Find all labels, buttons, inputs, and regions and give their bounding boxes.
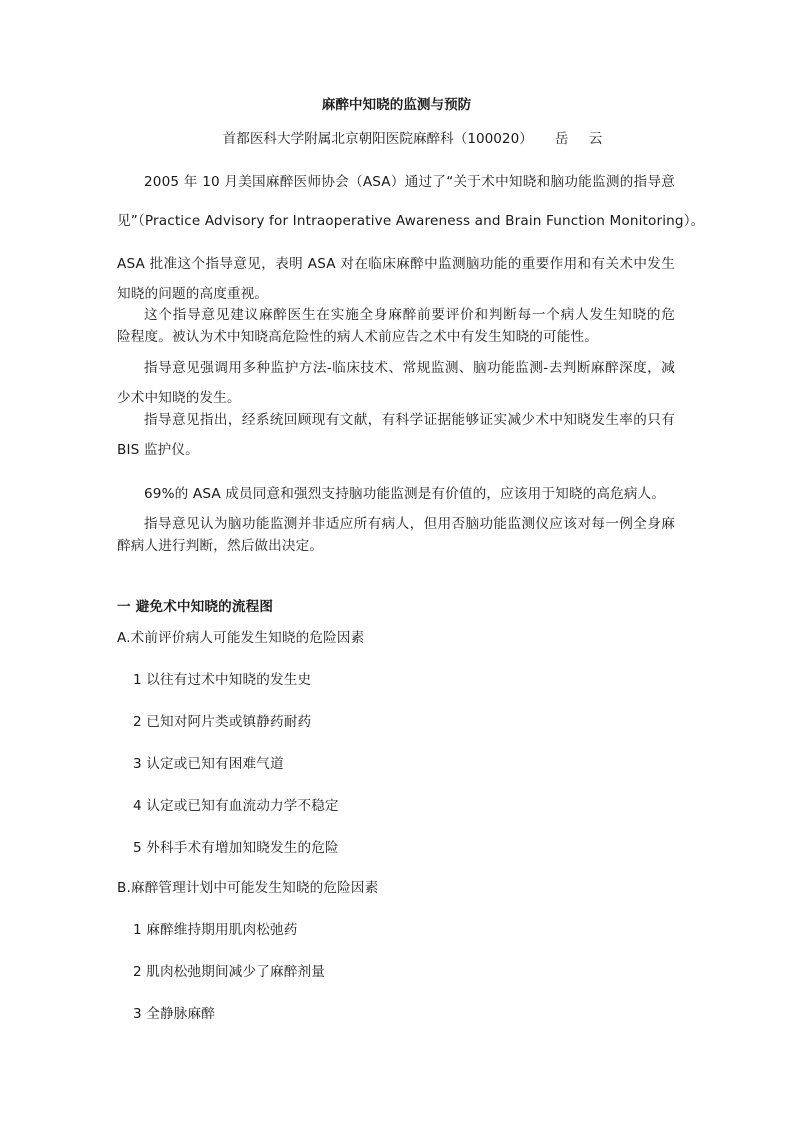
author: 岳 云 (555, 131, 611, 147)
paragraph-line: 少术中知晓的发生。 (117, 388, 675, 408)
list-item: 2 肌肉松弛期间减少了麻醉剂量 (133, 962, 691, 982)
list-item: 2 已知对阿片类或镇静药耐药 (133, 712, 691, 732)
list-item: 3 认定或已知有困难气道 (133, 754, 691, 774)
paragraph-line: 醉病人进行判断，然后做出决定。 (117, 536, 675, 556)
paragraph-line: 指导意见指出，经系统回顾现有文献，有科学证据能够证实减少术中知晓发生率的只有 (117, 410, 675, 430)
document-page: 麻醉中知晓的监测与预防 首都医科大学附属北京朝阳医院麻醉科（100020）岳 云… (0, 0, 793, 1122)
list-item: 3 全静脉麻醉 (133, 1004, 691, 1024)
paragraph-line: 险程度。被认为术中知晓高危险性的病人术前应告之术中有发生知晓的可能性。 (117, 327, 675, 347)
list-item: 1 以往有过术中知晓的发生史 (133, 670, 691, 690)
affiliation-line: 首都医科大学附属北京朝阳医院麻醉科（100020）岳 云 (0, 129, 793, 149)
paragraph-line: 见”（Practice Advisory for Intraoperative … (117, 211, 675, 231)
paragraph-line: BIS 监护仪。 (117, 440, 675, 460)
paragraph-line: 指导意见认为脑功能监测并非适应所有病人，但用否脑功能监测仪应该对每一例全身麻 (117, 514, 675, 534)
list-item: 1 麻醉维持期用肌肉松弛药 (133, 920, 691, 940)
list-item: 5 外科手术有增加知晓发生的危险 (133, 838, 691, 858)
document-title: 麻醉中知晓的监测与预防 (0, 95, 793, 115)
paragraph-line: ASA 批准这个指导意见，表明 ASA 对在临床麻醉中监测脑功能的重要作用和有关… (117, 254, 675, 274)
list-item: 4 认定或已知有血流动力学不稳定 (133, 796, 691, 816)
paragraph-line: 这个指导意见建议麻醉医生在实施全身麻醉前要评价和判断每一个病人发生知晓的危 (117, 305, 675, 325)
subsection-heading-a: A.术前评价病人可能发生知晓的危险因素 (117, 628, 675, 648)
paragraph-line: 知晓的问题的高度重视。 (117, 284, 675, 304)
paragraph-line: 69%的 ASA 成员同意和强烈支持脑功能监测是有价值的，应该用于知晓的高危病人… (117, 484, 675, 504)
paragraph-line: 2005 年 10 月美国麻醉医师协会（ASA）通过了“关于术中知晓和脑功能监测… (117, 172, 675, 192)
section-heading: 一 避免术中知晓的流程图 (117, 597, 675, 617)
affiliation: 首都医科大学附属北京朝阳医院麻醉科（100020） (223, 131, 533, 147)
subsection-heading-b: B.麻醉管理计划中可能发生知晓的危险因素 (117, 878, 675, 898)
paragraph-line: 指导意见强调用多种监护方法-临床技术、常规监测、脑功能监测-去判断麻醉深度，减 (117, 358, 675, 378)
